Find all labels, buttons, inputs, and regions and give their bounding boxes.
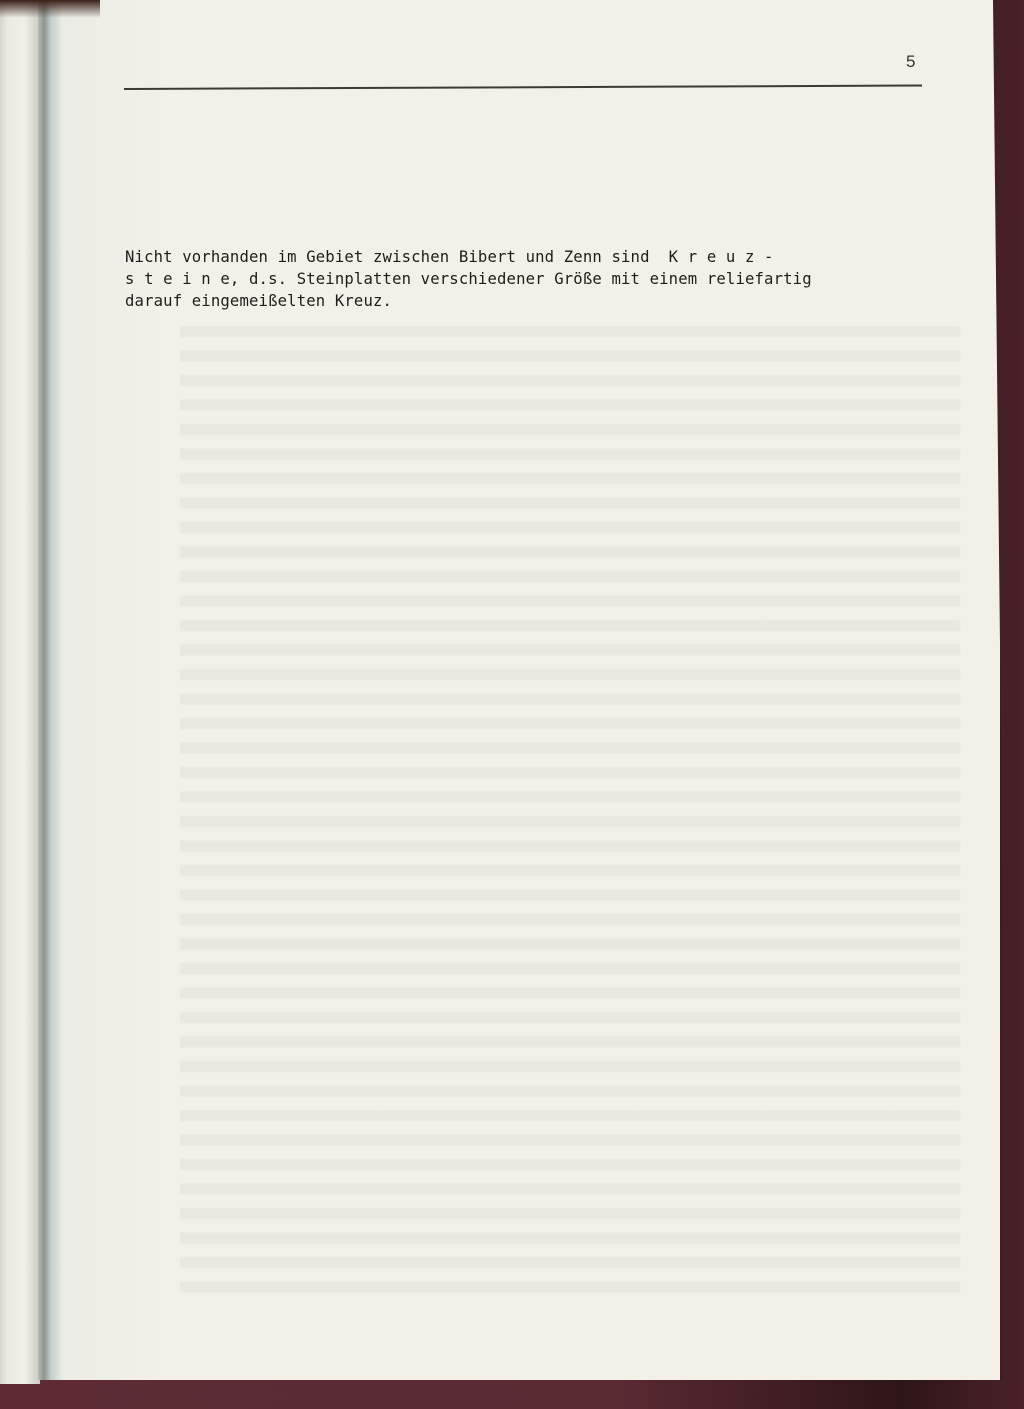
binding-gutter bbox=[38, 0, 62, 1380]
page-number: 5 bbox=[906, 52, 915, 72]
paragraph-line: s t e i n e, d.s. Steinplatten verschied… bbox=[125, 268, 925, 290]
underlying-page-edge bbox=[0, 0, 40, 1384]
paragraph-line: Nicht vorhanden im Gebiet zwischen Biber… bbox=[125, 246, 925, 268]
body-paragraph: Nicht vorhanden im Gebiet zwischen Biber… bbox=[125, 246, 925, 312]
paragraph-line: darauf eingemeißelten Kreuz. bbox=[125, 290, 925, 312]
bleed-through-text bbox=[180, 320, 960, 1300]
corner-shadow bbox=[0, 0, 100, 18]
